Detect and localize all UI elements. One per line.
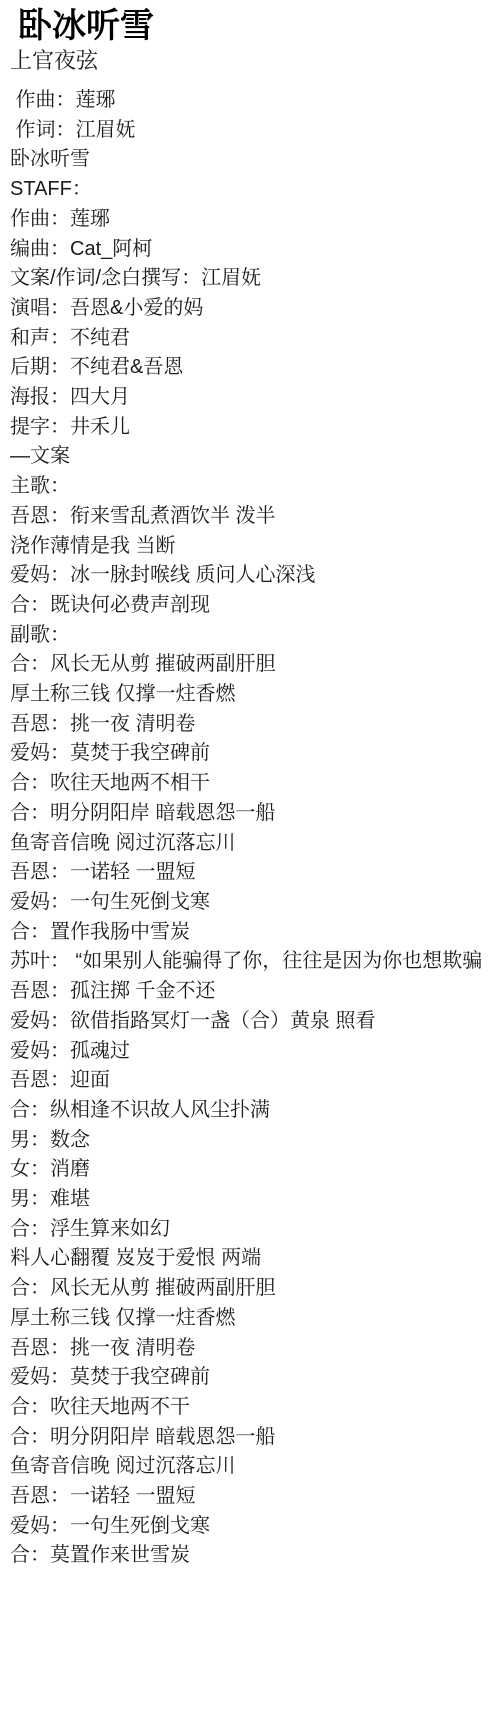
lyric-line: 女：消磨 xyxy=(10,1155,500,1185)
lyric-line: 合：明分阴阳岸 暗载恩怨一船 xyxy=(10,1423,500,1453)
lyric-line: 合：明分阴阳岸 暗载恩怨一船 xyxy=(10,799,500,829)
lyric-line: 厚土称三钱 仅撑一炷香燃 xyxy=(10,680,500,710)
lyric-line: 提字：井禾儿 xyxy=(10,413,500,443)
lyric-line: 吾恩：迎面 xyxy=(10,1066,500,1096)
lyric-line: 副歌： xyxy=(10,621,500,651)
lyric-line: 合：纵相逢不识故人风尘扑满 xyxy=(10,1096,500,1126)
lyric-line: 浇作薄情是我 当断 xyxy=(10,532,500,562)
lyric-line: 合：置作我肠中雪炭 xyxy=(10,918,500,948)
lyric-line: 料人心翻覆 岌岌于爱恨 两端 xyxy=(10,1244,500,1274)
lyric-line: 合：既诀何必费声剖现 xyxy=(10,591,500,621)
lyrics-page: 卧冰听雪 上官夜弦 作曲：莲琊 作词：江眉妩卧冰听雪STAFF：作曲：莲琊编曲：… xyxy=(0,0,500,1720)
lyric-line: 吾恩：孤注掷 千金不还 xyxy=(10,977,500,1007)
lyric-line: 吾恩：挑一夜 清明卷 xyxy=(10,1334,500,1364)
lyric-line: 后期：不纯君&吾恩 xyxy=(10,353,500,383)
lyric-line: 吾恩：挑一夜 清明卷 xyxy=(10,710,500,740)
lyric-line: 海报：四大月 xyxy=(10,383,500,413)
lyric-line: 编曲：Cat_阿柯 xyxy=(10,235,500,265)
lyric-line: 作曲：莲琊 xyxy=(10,86,500,116)
lyric-line: 文案/作词/念白撰写：江眉妩 xyxy=(10,264,500,294)
lyric-line: 吾恩：一诺轻 一盟短 xyxy=(10,858,500,888)
lyric-line: 男：难堪 xyxy=(10,1185,500,1215)
lyric-line: 爱妈：一句生死倒戈寒 xyxy=(10,1512,500,1542)
lyric-line: 爱妈：莫焚于我空碑前 xyxy=(10,739,500,769)
lyric-line: 合：风长无从剪 摧破两副肝胆 xyxy=(10,1274,500,1304)
lyric-line: 合：浮生算来如幻 xyxy=(10,1215,500,1245)
artist-name: 上官夜弦 xyxy=(10,47,500,74)
lyric-line: 厚土称三钱 仅撑一炷香燃 xyxy=(10,1304,500,1334)
lyric-line: 吾恩：衔来雪乱煮酒饮半 泼半 xyxy=(10,502,500,532)
lyric-line: 合：吹往天地两不相干 xyxy=(10,769,500,799)
lyric-line: 爱妈：孤魂过 xyxy=(10,1037,500,1067)
lyrics-block: 作曲：莲琊 作词：江眉妩卧冰听雪STAFF：作曲：莲琊编曲：Cat_阿柯文案/作… xyxy=(10,86,500,1571)
lyric-line: 卧冰听雪 xyxy=(10,145,500,175)
lyric-line: 鱼寄音信晚 阅过沉落忘川 xyxy=(10,829,500,859)
lyric-line: 男：数念 xyxy=(10,1126,500,1156)
lyric-line: 爱妈：莫焚于我空碑前 xyxy=(10,1363,500,1393)
lyric-line: 作曲：莲琊 xyxy=(10,205,500,235)
lyric-line: 合：风长无从剪 摧破两副肝胆 xyxy=(10,650,500,680)
lyric-line: —文案 xyxy=(10,442,500,472)
lyric-line: 吾恩：一诺轻 一盟短 xyxy=(10,1482,500,1512)
lyric-line: 鱼寄音信晚 阅过沉落忘川 xyxy=(10,1452,500,1482)
lyric-line: 演唱：吾恩&小爱的妈 xyxy=(10,294,500,324)
lyric-line: 主歌： xyxy=(10,472,500,502)
lyric-line: STAFF： xyxy=(10,175,500,205)
lyric-line: 爱妈：欲借指路冥灯一盏（合）黄泉 照看 xyxy=(10,1007,500,1037)
song-title: 卧冰听雪 xyxy=(18,6,500,46)
lyric-line: 爱妈：一句生死倒戈寒 xyxy=(10,888,500,918)
lyric-line: 合：莫置作来世雪炭 xyxy=(10,1541,500,1571)
lyric-line: 苏叶： “如果别人能骗得了你，往往是因为你也想欺骗 xyxy=(10,947,500,977)
lyric-line: 和声：不纯君 xyxy=(10,324,500,354)
lyric-line: 作词：江眉妩 xyxy=(10,116,500,146)
lyric-line: 爱妈：冰一脉封喉线 质问人心深浅 xyxy=(10,561,500,591)
lyric-line: 合：吹往天地两不干 xyxy=(10,1393,500,1423)
